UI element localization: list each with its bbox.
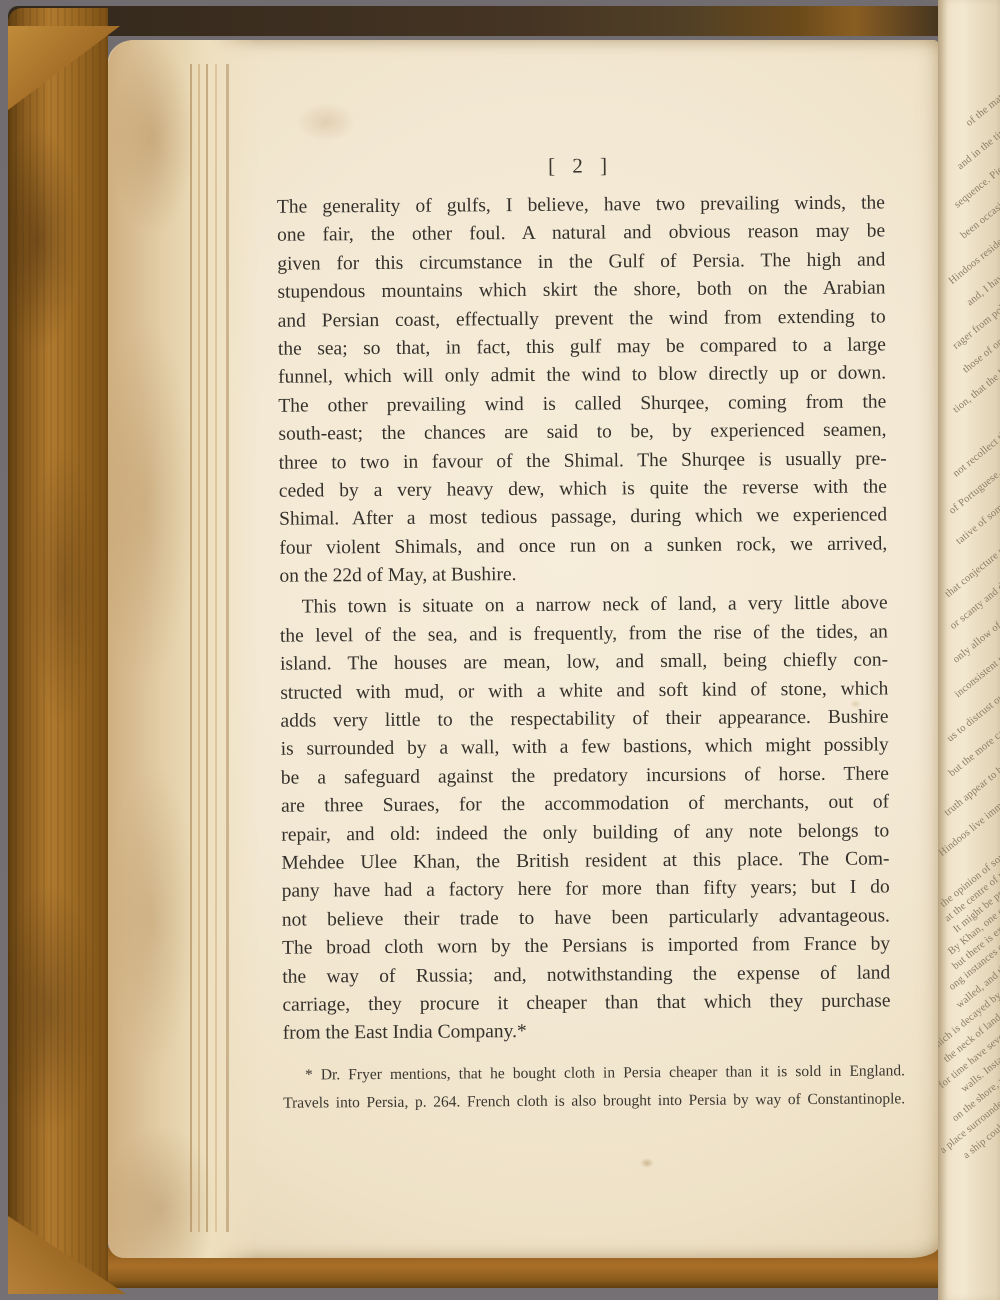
text-line: The other prevailing wind is called Shur… — [278, 388, 886, 421]
text-line: the sea; so that, in fact, this gulf may… — [278, 331, 886, 364]
text-line: is surrounded by a wall, with a few bast… — [281, 732, 889, 765]
text-line: not believe their trade to have been par… — [282, 902, 890, 935]
paragraph: The generality of gulfs, I believe, have… — [277, 189, 888, 591]
text-line: three to two in favour of the Shimal. Th… — [279, 445, 887, 478]
text-line: The broad cloth worn by the Persians is … — [282, 931, 890, 964]
text-line: ceded by a very heavy dew, which is quit… — [279, 473, 887, 506]
text-line: funnel, which will only admit the wind t… — [278, 360, 886, 393]
text-line: carriage, they procure it cheaper than t… — [282, 987, 890, 1020]
text-line: stupendous mountains which skirt the sho… — [277, 275, 885, 308]
footnote-line: * Dr. Fryer mentions, that he bought clo… — [283, 1057, 905, 1089]
text-line: one fair, the other foul. A natural and … — [277, 218, 885, 251]
book-spine-leather — [8, 8, 108, 1292]
text-line: repair, and old: indeed the only buildin… — [281, 817, 889, 850]
printed-content: [ 2 ] The generality of gulfs, I believe… — [104, 37, 944, 1261]
text-line: This town is situate on a narrow neck of… — [280, 590, 888, 623]
book-page: [ 2 ] The generality of gulfs, I believe… — [108, 40, 940, 1258]
text-line: and Persian coast, effectually prevent t… — [278, 303, 886, 336]
text-line: The generality of gulfs, I believe, have… — [277, 189, 885, 222]
text-line: the level of the sea, and is frequently,… — [280, 618, 888, 651]
text-line: be a safeguard against the predatory inc… — [281, 760, 889, 793]
text-line: adds very little to the respectability o… — [280, 703, 888, 736]
text-line: Shimal. After a most tedious passage, du… — [279, 502, 887, 535]
text-line: on the 22d of May, at Bushire. — [279, 559, 887, 592]
text-line: Mehdee Ulee Khan, the British resident a… — [281, 845, 889, 878]
footnote-line: Travels into Persia, p. 264. French clot… — [283, 1085, 905, 1117]
text-line: structed with mud, or with a white and s… — [280, 675, 888, 708]
book-photograph: of the mateand in the timsequence. Piecb… — [0, 0, 1000, 1300]
text-line: are three Suraes, for the accommodation … — [281, 789, 889, 822]
text-line: given for this circumstance in the Gulf … — [277, 246, 885, 279]
body-text-block: The generality of gulfs, I believe, have… — [277, 189, 891, 1048]
text-line: the way of Russia; and, notwithstanding … — [282, 959, 890, 992]
paragraph: This town is situate on a narrow neck of… — [280, 590, 891, 1048]
text-line: island. The houses are mean, low, and sm… — [280, 647, 888, 680]
text-line: four violent Shimals, and once run on a … — [279, 530, 887, 563]
text-line: from the East India Company.* — [283, 1016, 891, 1049]
page-number: [ 2 ] — [277, 151, 885, 180]
facing-page-edge: of the mateand in the timsequence. Piecb… — [938, 0, 1000, 1300]
book-cover-top-edge — [8, 6, 948, 36]
text-line: south-east; the chances are said to be, … — [278, 417, 886, 450]
footnote-block: * Dr. Fryer mentions, that he bought clo… — [283, 1057, 905, 1116]
text-line: pany have had a factory here for more th… — [282, 874, 890, 907]
